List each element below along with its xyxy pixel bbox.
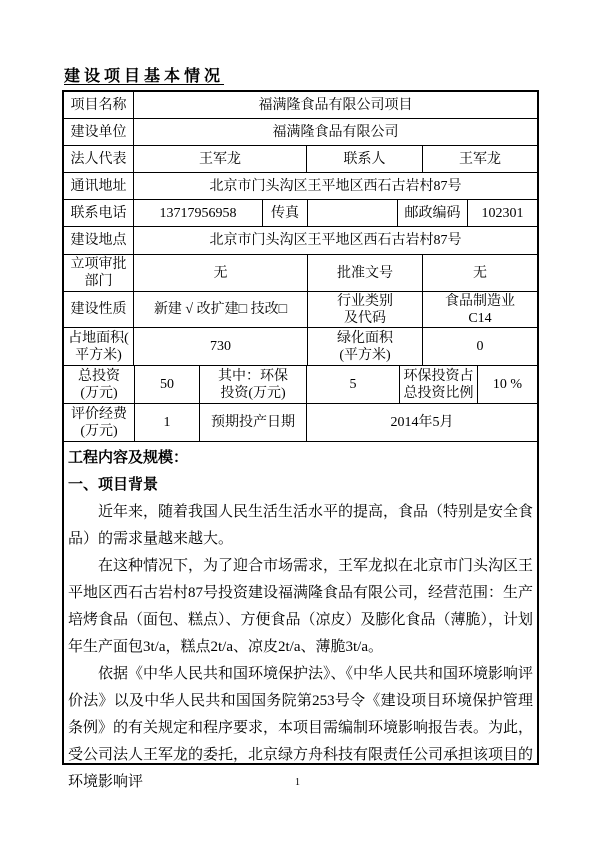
row-project-name: 项目名称 福满隆食品有限公司项目 [64, 92, 537, 119]
env-investment-label: 其中：环保 投资(万元) [200, 366, 307, 403]
phone-value: 13717956958 [134, 200, 263, 226]
row-approval: 立项审批 部门 无 批准文号 无 [64, 255, 537, 292]
construction-unit-value: 福满隆食品有限公司 [134, 119, 537, 145]
env-ratio-value: 10 % [478, 366, 537, 403]
row-investment: 总投资 (万元) 50 其中：环保 投资(万元) 5 环保投资占 总投资比例 1… [64, 366, 537, 404]
content-section-title: 一、项目背景 [68, 472, 533, 499]
legal-rep-value: 王军龙 [134, 146, 307, 172]
row-legal-rep: 法人代表 王军龙 联系人 王军龙 [64, 146, 537, 173]
construction-nature-value: 新建 √ 改扩建□ 技改□ [134, 292, 308, 327]
total-investment-value: 50 [135, 366, 200, 403]
project-content-cell: 工程内容及规模： 一、项目背景 近年来，随着我国人民生活生活水平的提高，食品（特… [64, 442, 537, 796]
row-area: 占地面积( 平方米) 730 绿化面积 (平方米) 0 [64, 328, 537, 366]
contact-person-value: 王军龙 [423, 146, 537, 172]
eval-fee-value: 1 [135, 404, 200, 441]
document-page: 建设项目基本情况 项目名称 福满隆食品有限公司项目 建设单位 福满隆食品有限公司… [0, 0, 595, 841]
mailing-address-value: 北京市门头沟区王平地区西石古岩村87号 [134, 173, 537, 199]
page-title: 建设项目基本情况 [64, 63, 224, 86]
env-ratio-label: 环保投资占 总投资比例 [400, 366, 478, 403]
env-investment-value: 5 [307, 366, 400, 403]
row-construction-site: 建设地点 北京市门头沟区王平地区西石古岩村87号 [64, 227, 537, 255]
row-eval-fee: 评价经费 (万元) 1 预期投产日期 2014年5月 [64, 404, 537, 442]
land-area-value: 730 [134, 328, 308, 365]
page-number: 1 [0, 777, 595, 788]
fax-label: 传真 [263, 200, 308, 226]
row-nature: 建设性质 新建 √ 改扩建□ 技改□ 行业类别 及代码 食品制造业 C14 [64, 292, 537, 328]
approval-doc-no-value: 无 [423, 255, 537, 291]
row-construction-unit: 建设单位 福满隆食品有限公司 [64, 119, 537, 146]
postal-code-label: 邮政编码 [398, 200, 468, 226]
approval-doc-no-label: 批准文号 [308, 255, 423, 291]
legal-rep-label: 法人代表 [64, 146, 134, 172]
approval-dept-value: 无 [134, 255, 308, 291]
eval-fee-label: 评价经费 (万元) [64, 404, 135, 441]
content-paragraph: 近年来，随着我国人民生活生活水平的提高，食品（特别是安全食品）的需求量越来越大。 [68, 499, 533, 553]
phone-label: 联系电话 [64, 200, 134, 226]
production-date-label: 预期投产日期 [200, 404, 307, 441]
row-project-content: 工程内容及规模： 一、项目背景 近年来，随着我国人民生活生活水平的提高，食品（特… [64, 442, 537, 796]
project-name-label: 项目名称 [64, 92, 134, 118]
fax-value [308, 200, 398, 226]
row-phone: 联系电话 13717956958 传真 邮政编码 102301 [64, 200, 537, 227]
total-investment-label: 总投资 (万元) [64, 366, 135, 403]
postal-code-value: 102301 [468, 200, 537, 226]
row-mailing-address: 通讯地址 北京市门头沟区王平地区西石古岩村87号 [64, 173, 537, 200]
mailing-address-label: 通讯地址 [64, 173, 134, 199]
construction-site-label: 建设地点 [64, 227, 134, 254]
construction-site-value: 北京市门头沟区王平地区西石古岩村87号 [134, 227, 537, 254]
project-name-value: 福满隆食品有限公司项目 [134, 92, 537, 118]
industry-category-label: 行业类别 及代码 [308, 292, 423, 327]
content-paragraph: 依据《中华人民共和国环境保护法》、《中华人民共和国环境影响评价法》以及中华人民共… [68, 661, 533, 796]
land-area-label: 占地面积( 平方米) [64, 328, 134, 365]
production-date-value: 2014年5月 [307, 404, 537, 441]
construction-nature-label: 建设性质 [64, 292, 134, 327]
green-area-label: 绿化面积 (平方米) [308, 328, 423, 365]
contact-person-label: 联系人 [307, 146, 423, 172]
content-paragraph: 在这种情况下，为了迎合市场需求，王军龙拟在北京市门头沟区王平地区西石古岩村87号… [68, 553, 533, 661]
green-area-value: 0 [423, 328, 537, 365]
approval-dept-label: 立项审批 部门 [64, 255, 134, 291]
construction-unit-label: 建设单位 [64, 119, 134, 145]
basic-info-table: 项目名称 福满隆食品有限公司项目 建设单位 福满隆食品有限公司 法人代表 王军龙… [62, 90, 539, 765]
content-heading: 工程内容及规模： [68, 445, 533, 472]
industry-category-value: 食品制造业 C14 [423, 292, 537, 327]
